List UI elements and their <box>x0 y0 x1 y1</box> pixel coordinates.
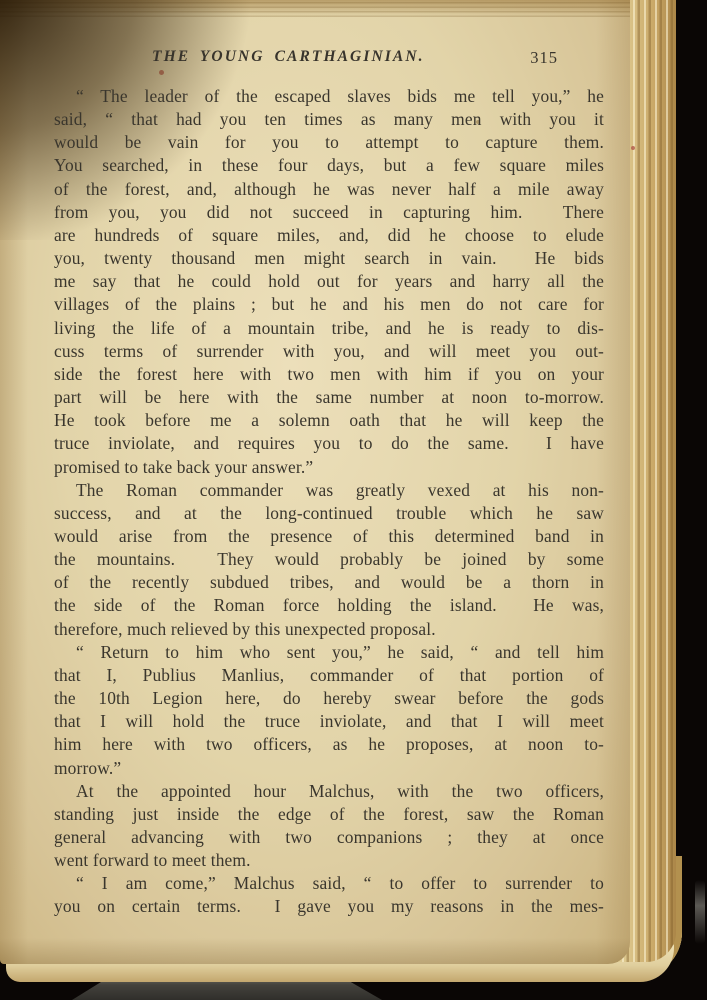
text-line: would be vain for you to attempt to capt… <box>54 131 604 154</box>
text-line: You searched, in these four days, but a … <box>54 154 604 177</box>
text-line: would arise from the presence of this de… <box>54 525 604 548</box>
text-line: villages of the plains ; but he and his … <box>54 293 604 316</box>
text-line: At the appointed hour Malchus, with the … <box>54 780 604 803</box>
text-line: general advancing with two companions ; … <box>54 826 604 849</box>
page-content: THE YOUNG CARTHAGINIAN. 315 “ The leader… <box>54 48 604 919</box>
text-line: him here with two officers, as he propos… <box>54 733 604 756</box>
text-line: of the forest, and, although he was neve… <box>54 178 604 201</box>
text-line: the 10th Legion here, do hereby swear be… <box>54 687 604 710</box>
text-line: part will be here with the same number a… <box>54 386 604 409</box>
text-line: are hundreds of square miles, and, did h… <box>54 224 604 247</box>
text-line: truce inviolate, and requires you to do … <box>54 432 604 455</box>
text-line: “ I am come,” Malchus said, “ to offer t… <box>54 872 604 895</box>
text-line: morrow.” <box>54 757 604 780</box>
book-photo: THE YOUNG CARTHAGINIAN. 315 “ The leader… <box>0 0 707 1000</box>
text-line: of the recently subdued tribes, and woul… <box>54 571 604 594</box>
paragraph: The Roman commander was greatly vexed at… <box>54 479 604 641</box>
text-line: The Roman commander was greatly vexed at… <box>54 479 604 502</box>
paragraph: “ The leader of the escaped slaves bids … <box>54 85 604 479</box>
running-head: THE YOUNG CARTHAGINIAN. <box>152 48 425 66</box>
body-text: “ The leader of the escaped slaves bids … <box>54 85 604 919</box>
text-line: from you, you did not succeed in capturi… <box>54 201 604 224</box>
text-line: “ Return to him who sent you,” he said, … <box>54 641 604 664</box>
text-line: standing just inside the edge of the for… <box>54 803 604 826</box>
text-line: He took before me a solemn oath that he … <box>54 409 604 432</box>
paragraph: “ Return to him who sent you,” he said, … <box>54 641 604 780</box>
text-line: the side of the Roman force holding the … <box>54 594 604 617</box>
paragraph: “ I am come,” Malchus said, “ to offer t… <box>54 872 604 918</box>
text-line: said, “ that had you ten times as many m… <box>54 108 604 131</box>
text-line: that I, Publius Manlius, commander of th… <box>54 664 604 687</box>
text-line: living the life of a mountain tribe, and… <box>54 317 604 340</box>
text-line: you, twenty thousand men might search in… <box>54 247 604 270</box>
paper-speck <box>631 146 635 150</box>
page-header: THE YOUNG CARTHAGINIAN. 315 <box>54 48 604 72</box>
text-line: “ The leader of the escaped slaves bids … <box>54 85 604 108</box>
text-line: went forward to meet them. <box>54 849 604 872</box>
text-line: promised to take back your answer.” <box>54 456 604 479</box>
text-line: you on certain terms. I gave you my reas… <box>54 895 604 918</box>
reflection-highlight <box>695 880 705 944</box>
page-number: 315 <box>530 48 558 68</box>
text-line: the mountains. They would probably be jo… <box>54 548 604 571</box>
text-line: that I will hold the truce inviolate, an… <box>54 710 604 733</box>
text-line: success, and at the long-continued troub… <box>54 502 604 525</box>
text-line: me say that he could hold out for years … <box>54 270 604 293</box>
text-line: therefore, much relieved by this unexpec… <box>54 618 604 641</box>
text-line: side the forest here with two men with h… <box>54 363 604 386</box>
text-line: cuss terms of surrender with you, and wi… <box>54 340 604 363</box>
paragraph: At the appointed hour Malchus, with the … <box>54 780 604 873</box>
